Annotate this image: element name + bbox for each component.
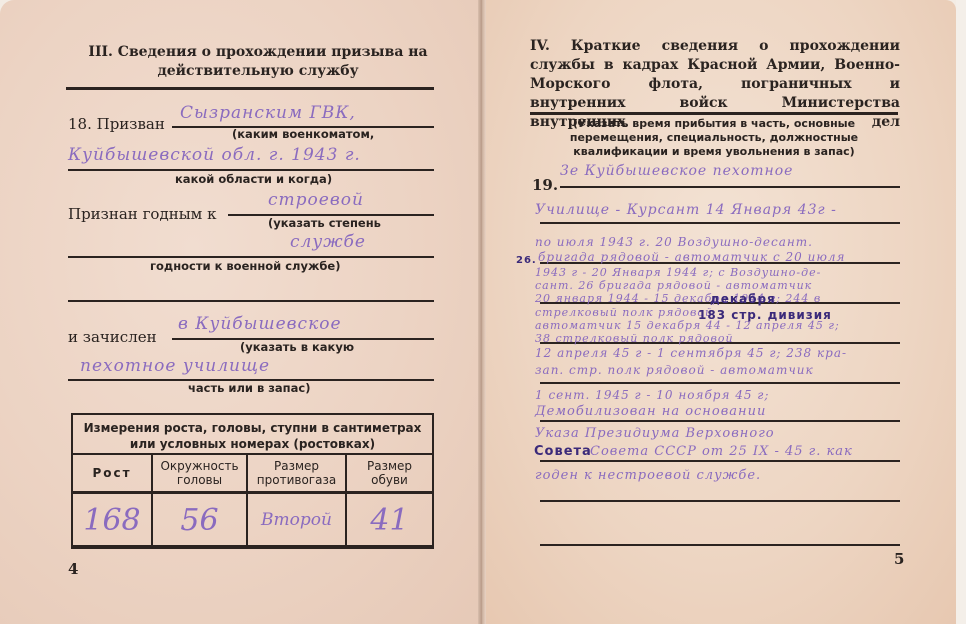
service-line-15: Указа Президиума Верховного — [535, 426, 775, 441]
item-19-line-9 — [540, 500, 900, 502]
section-iii-title: III. Сведения о прохождении призыва на д… — [78, 43, 438, 81]
enlisted-caption-1: (указать в какую — [240, 340, 354, 354]
service-line-13: 1 сент. 1945 г - 10 ноября 45 г; — [535, 388, 769, 402]
overwrite-soveta: Совета — [534, 444, 592, 459]
service-line-10: 38 стрелковый полк рядовой — [535, 332, 734, 345]
measurements-value-row: 168 56 Второй 41 — [73, 494, 432, 546]
item-18-line-2 — [68, 169, 434, 171]
service-line-11: 12 апреля 45 г - 1 сентября 45 г; 238 кр… — [535, 346, 847, 360]
item-19-line-6 — [540, 382, 900, 384]
service-line-12: зап. стр. полк рядовой - автоматчик — [535, 363, 814, 377]
background-edge — [956, 0, 966, 624]
item-18-handwritten-commissariat: Сызранским ГВК, — [180, 103, 356, 123]
page-number-left: 4 — [68, 560, 78, 578]
service-line-6: сант. 26 бригада рядовой - автоматчик — [535, 279, 812, 292]
service-line-14: Демобилизован на основании — [535, 404, 766, 419]
fitness-handwritten-degree: строевой — [268, 190, 364, 210]
value-shoe-size: 41 — [347, 494, 432, 546]
item-18-handwritten-region: Куйбышевской обл. г. 1943 г. — [68, 145, 361, 165]
service-line-5: 1943 г - 20 Января 1944 г; с Воздушно-де… — [535, 266, 821, 279]
value-height: 168 — [73, 494, 153, 546]
enlisted-handwritten-unit: в Куйбышевское — [178, 314, 342, 334]
item-18-caption-2: какой области и когда) — [175, 172, 332, 186]
item-19-line-2 — [540, 222, 900, 224]
section-iv-divider — [530, 112, 898, 115]
service-line-17: годен к нестроевой службе. — [535, 468, 761, 483]
enlisted-handwritten-school: пехотное училище — [80, 356, 270, 376]
overwrite-183-division: 183 стр. дивизия — [698, 308, 832, 322]
page-number-right: 5 — [894, 550, 904, 568]
measurements-header-row: Рост Окружность головы Размер противогаз… — [73, 455, 432, 494]
measurements-table: Измерения роста, головы, ступни в сантим… — [71, 413, 434, 549]
item-19-line-10 — [540, 544, 900, 546]
item-19-line-1 — [560, 186, 900, 188]
fitness-line-2 — [68, 256, 434, 258]
overwrite-december: декабря — [710, 292, 776, 306]
service-line-8: стрелковый полк рядовой — [535, 306, 713, 319]
item-19-line-8 — [540, 460, 900, 462]
military-booklet-spread: III. Сведения о прохождении призыва на д… — [0, 0, 966, 624]
item-18-label: 18. Призван — [68, 115, 165, 133]
measurements-title: Измерения роста, головы, ступни в сантим… — [73, 415, 432, 455]
value-head-circumference: 56 — [153, 494, 248, 546]
fitness-handwritten-service: службе — [290, 232, 366, 252]
service-line-2: Училище - Курсант 14 Января 43г - — [535, 202, 837, 218]
col-shoe-size: Размер обуви — [347, 455, 432, 491]
fitness-label: Признан годным к — [68, 205, 216, 223]
service-line-16: Совета СССР от 25 IX - 45 г. как — [590, 444, 853, 459]
service-line-4: бригада рядовой - автоматчик с 20 июля — [538, 250, 846, 264]
value-gas-mask-size: Второй — [248, 494, 347, 546]
fitness-caption-2: годности к военной службе) — [150, 259, 341, 273]
blank-line — [68, 300, 434, 302]
item-18-caption-1: (каким военкоматом, — [232, 127, 374, 141]
booklet-spine — [478, 0, 486, 624]
service-line-3: по июля 1943 г. 20 Воздушно-десант. — [535, 235, 813, 249]
section-iv-instructions: (Указать время прибытия в часть, основны… — [530, 117, 898, 159]
service-line-7: 20 января 1944 - 15 декабря 1944 г; 244 … — [535, 292, 821, 305]
item-19-label: 19. — [532, 176, 558, 194]
service-line-1: 3е Куйбышевское пехотное — [560, 163, 793, 179]
item-19-line-7 — [540, 420, 900, 422]
section-iii-divider — [66, 87, 434, 90]
fitness-caption-1: (указать степень — [268, 216, 381, 230]
enlisted-label: и зачислен — [68, 328, 157, 346]
col-height: Рост — [73, 455, 153, 491]
enlisted-caption-2: часть или в запас) — [188, 381, 310, 395]
col-gas-mask-size: Размер противогаза — [248, 455, 347, 491]
col-head-circumference: Окружность головы — [153, 455, 248, 491]
margin-mark-26: 26. — [516, 255, 537, 266]
